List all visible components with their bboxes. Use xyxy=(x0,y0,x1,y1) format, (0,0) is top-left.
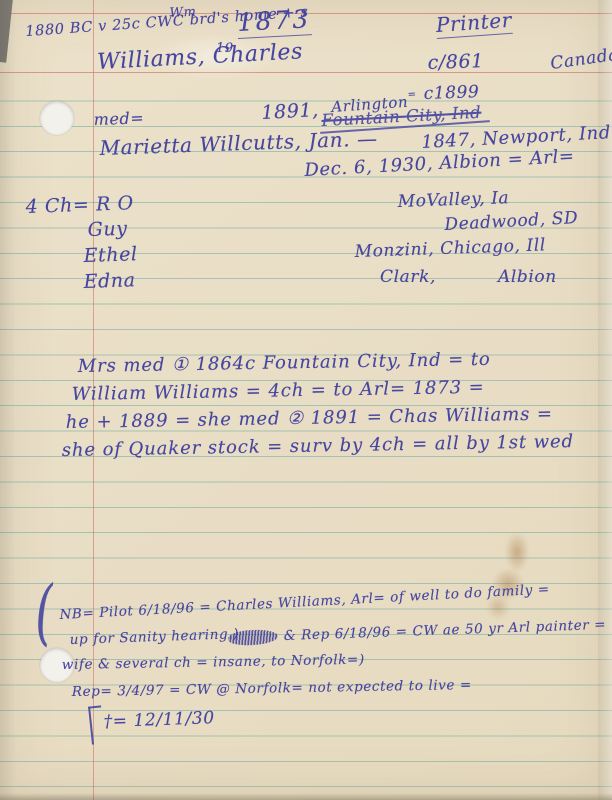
punch-hole-top xyxy=(40,101,74,135)
note-line: & Rep 6/18/96 = CW ae 50 yr Arl painter … xyxy=(283,617,606,644)
child-place: Clark, xyxy=(380,267,436,287)
stain-blob xyxy=(505,532,529,572)
birth-year: c/861 xyxy=(427,50,484,74)
death-date-note: †= 12/11/30 xyxy=(103,708,215,732)
marriage-label: med= xyxy=(93,108,144,129)
note-line: up for Sanity hearing.) xyxy=(69,626,239,648)
year-1873: 1873 xyxy=(236,4,311,39)
child-name: Ethel xyxy=(83,243,138,267)
child-place-2: Albion xyxy=(498,267,557,287)
child-place: Monzini, Chicago, Ill xyxy=(354,235,546,262)
left-edge-shadow xyxy=(0,0,16,800)
children-count-label: 4 Ch= R O xyxy=(25,192,134,218)
subject-name: Williams, Charles xyxy=(97,39,304,75)
body-line: Mrs med ① 1864c Fountain City, Ind = to xyxy=(78,349,491,377)
note-line: NB= Pilot 6/18/96 = Charles Williams, Ar… xyxy=(59,581,550,623)
red-rule-second xyxy=(0,72,612,73)
right-edge-band xyxy=(598,0,612,800)
body-line: she of Quaker stock = surv by 4ch = all … xyxy=(62,431,575,461)
wife-name: Marietta Willcutts, Jan. — xyxy=(99,126,378,160)
child-place: Deadwood, SD xyxy=(444,208,579,235)
insert-mark: = xyxy=(407,89,417,101)
scan-edge-top-left xyxy=(0,0,14,63)
death-year: c1899 xyxy=(423,82,479,104)
body-line: William Williams = 4ch = to Arl= 1873 = xyxy=(72,377,485,405)
birth-place: Canada xyxy=(549,45,612,74)
notebook-page: 1880 BC v 25c CWC brd's home + s Wm 1873… xyxy=(0,0,612,800)
child-name: Edna xyxy=(83,269,136,293)
body-line: he + 1889 = she med ② 1891 = Chas Willia… xyxy=(66,404,553,433)
occupation: Printer xyxy=(435,8,513,39)
inserted-name-wm: Wm xyxy=(169,5,197,21)
child-name: Guy xyxy=(87,218,128,241)
marriage-year: 1891, xyxy=(261,99,319,124)
name-superscript: 19 xyxy=(216,41,234,56)
open-paren: ( xyxy=(34,569,54,654)
note-line: Rep= 3/4/97 = CW @ Norfolk= not expected… xyxy=(72,677,472,700)
note-line: wife & several ch = insane, to Norfolk=) xyxy=(62,652,365,673)
child-place: MoValley, Ia xyxy=(397,188,509,212)
bottom-edge-shadow xyxy=(0,793,612,800)
